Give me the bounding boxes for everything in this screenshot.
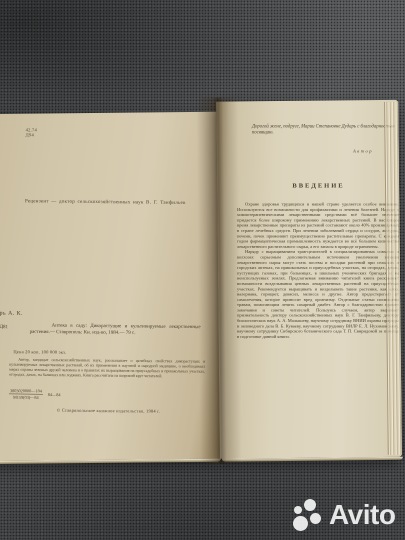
left-page-content: 42.74 Д94 Рецензент — доктор сельскохозя… bbox=[0, 112, 220, 462]
imprint-suffix: 84—84 bbox=[48, 392, 61, 397]
reviewer-line: Рецензент — доктор сельскохозяйственных … bbox=[25, 198, 201, 205]
author-heading: Дударь А. К. bbox=[0, 310, 23, 316]
copyright-line: © Ставропольское книжное издательство, 1… bbox=[57, 408, 160, 414]
right-page-content: Дорогой жене, подруге, Марии Степановне … bbox=[218, 101, 400, 458]
open-book: 42.74 Д94 Рецензент — доктор сельскохозя… bbox=[0, 88, 405, 473]
imprint-code: 3803020000—104 М159(03)—84 84—84 bbox=[9, 388, 61, 400]
imprint-fraction: 3803020000—104 М159(03)—84 bbox=[9, 388, 43, 400]
introduction-paragraph-2: Наряду с выращиванием трав-целителей в с… bbox=[237, 249, 399, 339]
introduction-body: Охране здоровья трудящихся в нашей стран… bbox=[237, 202, 399, 340]
right-page: Дорогой жене, подруге, Марии Степановне … bbox=[216, 100, 402, 459]
avito-wordmark: Avito bbox=[329, 496, 395, 534]
stamp-line: Д94 bbox=[26, 132, 37, 137]
avito-logo-icon bbox=[293, 499, 325, 531]
price-line: Цена 20 коп. 100 000 экз. bbox=[13, 349, 66, 355]
bibliography-entry: Аптека в саду: Дикорастущие и культивиру… bbox=[30, 322, 201, 336]
catalog-code: Д81 bbox=[0, 324, 8, 330]
introduction-heading: ВВЕДЕНИЕ bbox=[238, 182, 399, 190]
imprint-denominator: М159(03)—84 bbox=[9, 394, 43, 400]
annotation-paragraph: Автор, кандидат сельскохозяйственных нау… bbox=[9, 357, 205, 379]
dedication-signature: Автор bbox=[252, 149, 373, 154]
left-page: 42.74 Д94 Рецензент — доктор сельскохозя… bbox=[0, 112, 220, 462]
dedication-text: Дорогой жене, подруге, Марии Степановне … bbox=[252, 124, 396, 136]
introduction-paragraph-1: Охране здоровья трудящихся в нашей стран… bbox=[237, 202, 399, 250]
avito-watermark: Avito bbox=[293, 496, 405, 536]
book-photo: 42.74 Д94 Рецензент — доктор сельскохозя… bbox=[0, 0, 405, 540]
library-stamp: 42.74 Д94 bbox=[26, 127, 37, 137]
